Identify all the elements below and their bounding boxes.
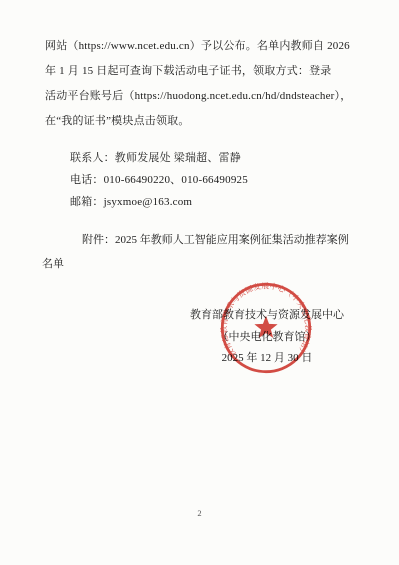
body-text: 网站（https://www.ncet.edu.cn）予以公布。名单内教师自 2… [45, 34, 359, 276]
body-line: 网站（https://www.ncet.edu.cn）予以公布。名单内教师自 2… [45, 34, 359, 59]
contact-block: 联系人：教师发展处 梁瑞超、雷静 电话：010-66490220、010-664… [45, 147, 359, 213]
attachment-line: 附件：2025 年教师人工智能应用案例征集活动推荐案例 [45, 228, 359, 252]
signature-date: 2025 年 12 月 30 日 [177, 348, 357, 370]
contact-person: 联系人：教师发展处 梁瑞超、雷静 [70, 147, 359, 169]
page-number: 2 [0, 508, 399, 518]
signature-block: 教育部教育技术与资源发展中心 （中央电化教育馆） 2025 年 12 月 30 … [177, 305, 357, 370]
contact-phone: 电话：010-66490220、010-66490925 [70, 169, 359, 191]
contact-email: 邮箱：jsyxmoe@163.com [70, 191, 359, 213]
attachment-line: 名单 [42, 252, 359, 276]
signature-org-alt: （中央电化教育馆） [177, 327, 357, 349]
body-line: 活动平台账号后（https://huodong.ncet.edu.cn/hd/d… [45, 84, 359, 109]
body-line: 年 1 月 15 日起可查询下载活动电子证书，领取方式：登录 [45, 59, 359, 84]
document-page: 网站（https://www.ncet.edu.cn）予以公布。名单内教师自 2… [0, 0, 399, 565]
signature-org: 教育部教育技术与资源发展中心 [177, 305, 357, 327]
attachment-block: 附件：2025 年教师人工智能应用案例征集活动推荐案例 名单 [45, 228, 359, 276]
body-line: 在“我的证书”模块点击领取。 [45, 109, 359, 134]
